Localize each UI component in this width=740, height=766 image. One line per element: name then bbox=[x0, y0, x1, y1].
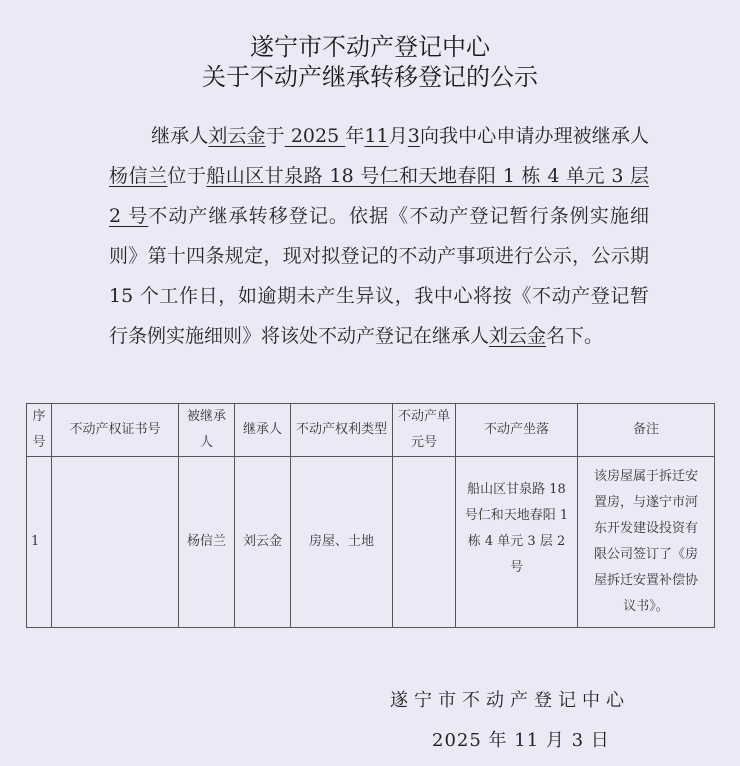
issuer-signature: 遂宁市不动产登记中心 bbox=[390, 686, 630, 712]
header-remark: 备注 bbox=[578, 404, 715, 457]
apply-year: 2025 bbox=[285, 125, 346, 147]
text: 名下。 bbox=[546, 325, 603, 347]
decedent-name: 杨信兰 bbox=[109, 165, 167, 187]
header-location: 不动产坐落 bbox=[456, 404, 578, 457]
header-heir: 继承人 bbox=[235, 404, 291, 457]
header-right-type: 不动产权利类型 bbox=[291, 404, 393, 457]
cell-certificate-no bbox=[52, 457, 179, 628]
header-index: 序号 bbox=[27, 404, 52, 457]
header-unit-no: 不动产单元号 bbox=[393, 404, 456, 457]
notice-body: 继承人刘云金于 2025 年11月3向我中心申请办理被继承人杨信兰位于船山区甘泉… bbox=[109, 116, 649, 356]
notice-title: 关于不动产继承转移登记的公示 bbox=[0, 62, 740, 92]
cell-location: 船山区甘泉路 18 号仁和天地春阳 1 栋 4 单元 3 层 2 号 bbox=[456, 457, 578, 628]
cell-unit-no bbox=[393, 457, 456, 628]
org-title: 遂宁市不动产登记中心 bbox=[0, 32, 740, 62]
cell-remark: 该房屋属于拆迁安置房，与遂宁市河东开发建设投资有限公司签订了《房屋拆迁安置补偿协… bbox=[578, 457, 715, 628]
cell-right-type: 房屋、土地 bbox=[291, 457, 393, 628]
cell-decedent: 杨信兰 bbox=[179, 457, 235, 628]
text: 年 bbox=[345, 125, 364, 147]
apply-month: 11 bbox=[364, 125, 388, 147]
heir-name-end: 刘云金 bbox=[489, 325, 546, 347]
text: 向我中心申请办理被继承人 bbox=[420, 125, 649, 147]
text: 继承人 bbox=[151, 125, 208, 147]
header-decedent: 被继承人 bbox=[179, 404, 235, 457]
issue-date: 2025 年 11 月 3 日 bbox=[432, 726, 610, 752]
text: 于 bbox=[266, 125, 285, 147]
text: 月 bbox=[389, 125, 408, 147]
cell-heir: 刘云金 bbox=[235, 457, 291, 628]
registration-table: 序号 不动产权证书号 被继承人 继承人 不动产权利类型 不动产单元号 不动产坐落… bbox=[26, 403, 715, 628]
table-row: 1 杨信兰 刘云金 房屋、土地 船山区甘泉路 18 号仁和天地春阳 1 栋 4 … bbox=[27, 457, 715, 628]
heir-name: 刘云金 bbox=[208, 125, 265, 147]
header-certificate-no: 不动产权证书号 bbox=[52, 404, 179, 457]
table-header-row: 序号 不动产权证书号 被继承人 继承人 不动产权利类型 不动产单元号 不动产坐落… bbox=[27, 404, 715, 457]
cell-index: 1 bbox=[27, 457, 52, 628]
apply-day: 3 bbox=[408, 125, 420, 147]
text: 位于 bbox=[167, 165, 206, 187]
